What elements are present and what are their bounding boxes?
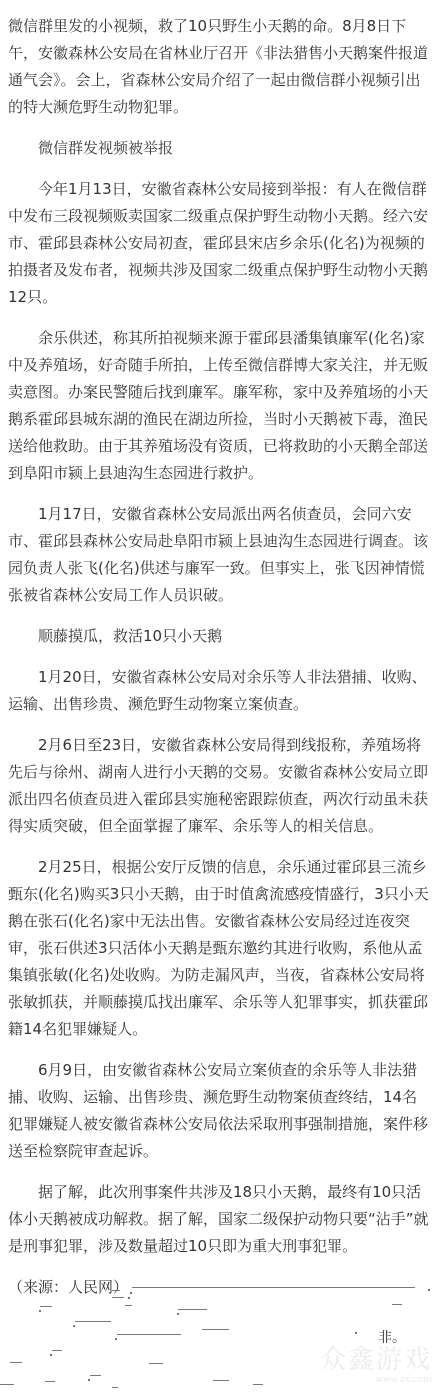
artifact-line bbox=[52, 1350, 62, 1351]
paragraph: 1月17日，安徽省森林公安局派出两名侦查员，会同六安市、霍邱县森林公安局赴阜阳市… bbox=[8, 501, 430, 609]
artifact-line bbox=[90, 1375, 101, 1376]
section-heading: 微信群发视频被举报 bbox=[8, 135, 430, 162]
paragraph: 6月9日，由安徽省森林公安局立案侦查的余乐等人非法猎捕、收购、运输、出售珍贵、濒… bbox=[8, 1057, 430, 1165]
watermark-url: www.zx.com bbox=[282, 1375, 432, 1385]
artifact-line bbox=[112, 1297, 124, 1298]
artifact-dot bbox=[128, 1297, 130, 1299]
paragraph: 今年1月13日，安徽省森林公安局接到举报：有人在微信群中发布三段视频贩卖国家二级… bbox=[8, 176, 430, 311]
artifact-line bbox=[178, 1309, 207, 1310]
artifact-line bbox=[202, 1329, 229, 1330]
artifact-line bbox=[213, 1380, 229, 1381]
artifact-dot bbox=[428, 1289, 430, 1291]
artifact-line bbox=[125, 1305, 132, 1306]
watermark-text: 众鑫游戏 bbox=[320, 1345, 432, 1375]
artifact-line bbox=[392, 1304, 402, 1305]
artifact-dot bbox=[39, 1310, 41, 1312]
artifact-dot bbox=[115, 1338, 117, 1340]
artifact-dot bbox=[355, 1332, 357, 1334]
artifact-line bbox=[149, 1363, 163, 1364]
artifact-line bbox=[40, 1306, 52, 1307]
paragraph: 1月20日，安徽省森林公安局对余乐等人非法猎捕、收购、运输、出售珍贵、濒危野生动… bbox=[8, 664, 430, 718]
artifact-line bbox=[45, 1381, 55, 1382]
artifact-line bbox=[117, 1334, 181, 1335]
section-heading: 顺藤摸瓜，救活10只小天鹅 bbox=[8, 623, 430, 650]
artifact-line bbox=[112, 1290, 120, 1291]
article-body: 微信群里发的小视频，救了10只野生小天鹅的命。8月8日下午，安徽森林公安局在省林… bbox=[8, 13, 430, 1315]
artifact-line bbox=[75, 1321, 111, 1322]
artifact-line bbox=[253, 1384, 263, 1385]
artifact-dot bbox=[88, 1379, 90, 1381]
artifact-dot bbox=[73, 1325, 75, 1327]
fragment-text: 非。 bbox=[378, 1327, 406, 1347]
artifact-dot bbox=[50, 1354, 52, 1356]
paragraph: 2月25日，根据公安厅反馈的信息，余乐通过霍邱县三流乡甄东(化名)购买3只小天鹅… bbox=[8, 854, 430, 1043]
artifact-line bbox=[10, 1362, 22, 1363]
artifact-line bbox=[0, 1384, 14, 1385]
artifact-line bbox=[112, 1387, 118, 1388]
artifact-line bbox=[132, 1287, 415, 1288]
lead-paragraph: 微信群里发的小视频，救了10只野生小天鹅的命。8月8日下午，安徽森林公安局在省林… bbox=[8, 13, 430, 121]
artifact-dot bbox=[177, 1313, 179, 1315]
paragraph: 2月6日至23日，安徽省森林公安局得到线报称，养殖场将先后与徐州、湖南人进行小天… bbox=[8, 732, 430, 840]
paragraph: 据了解，此次刑事案件共涉及18只小天鹅，最终有10只活体小天鹅被成功解救。据了解… bbox=[8, 1179, 430, 1260]
paragraph: 余乐供述，称其所拍视频来源于霍邱县潘集镇廉军(化名)家中及养殖场，好奇随手所拍，… bbox=[8, 325, 430, 487]
artifact-dot bbox=[130, 1292, 132, 1294]
watermark-logo: 众鑫游戏 www.zx.com bbox=[282, 1345, 432, 1390]
